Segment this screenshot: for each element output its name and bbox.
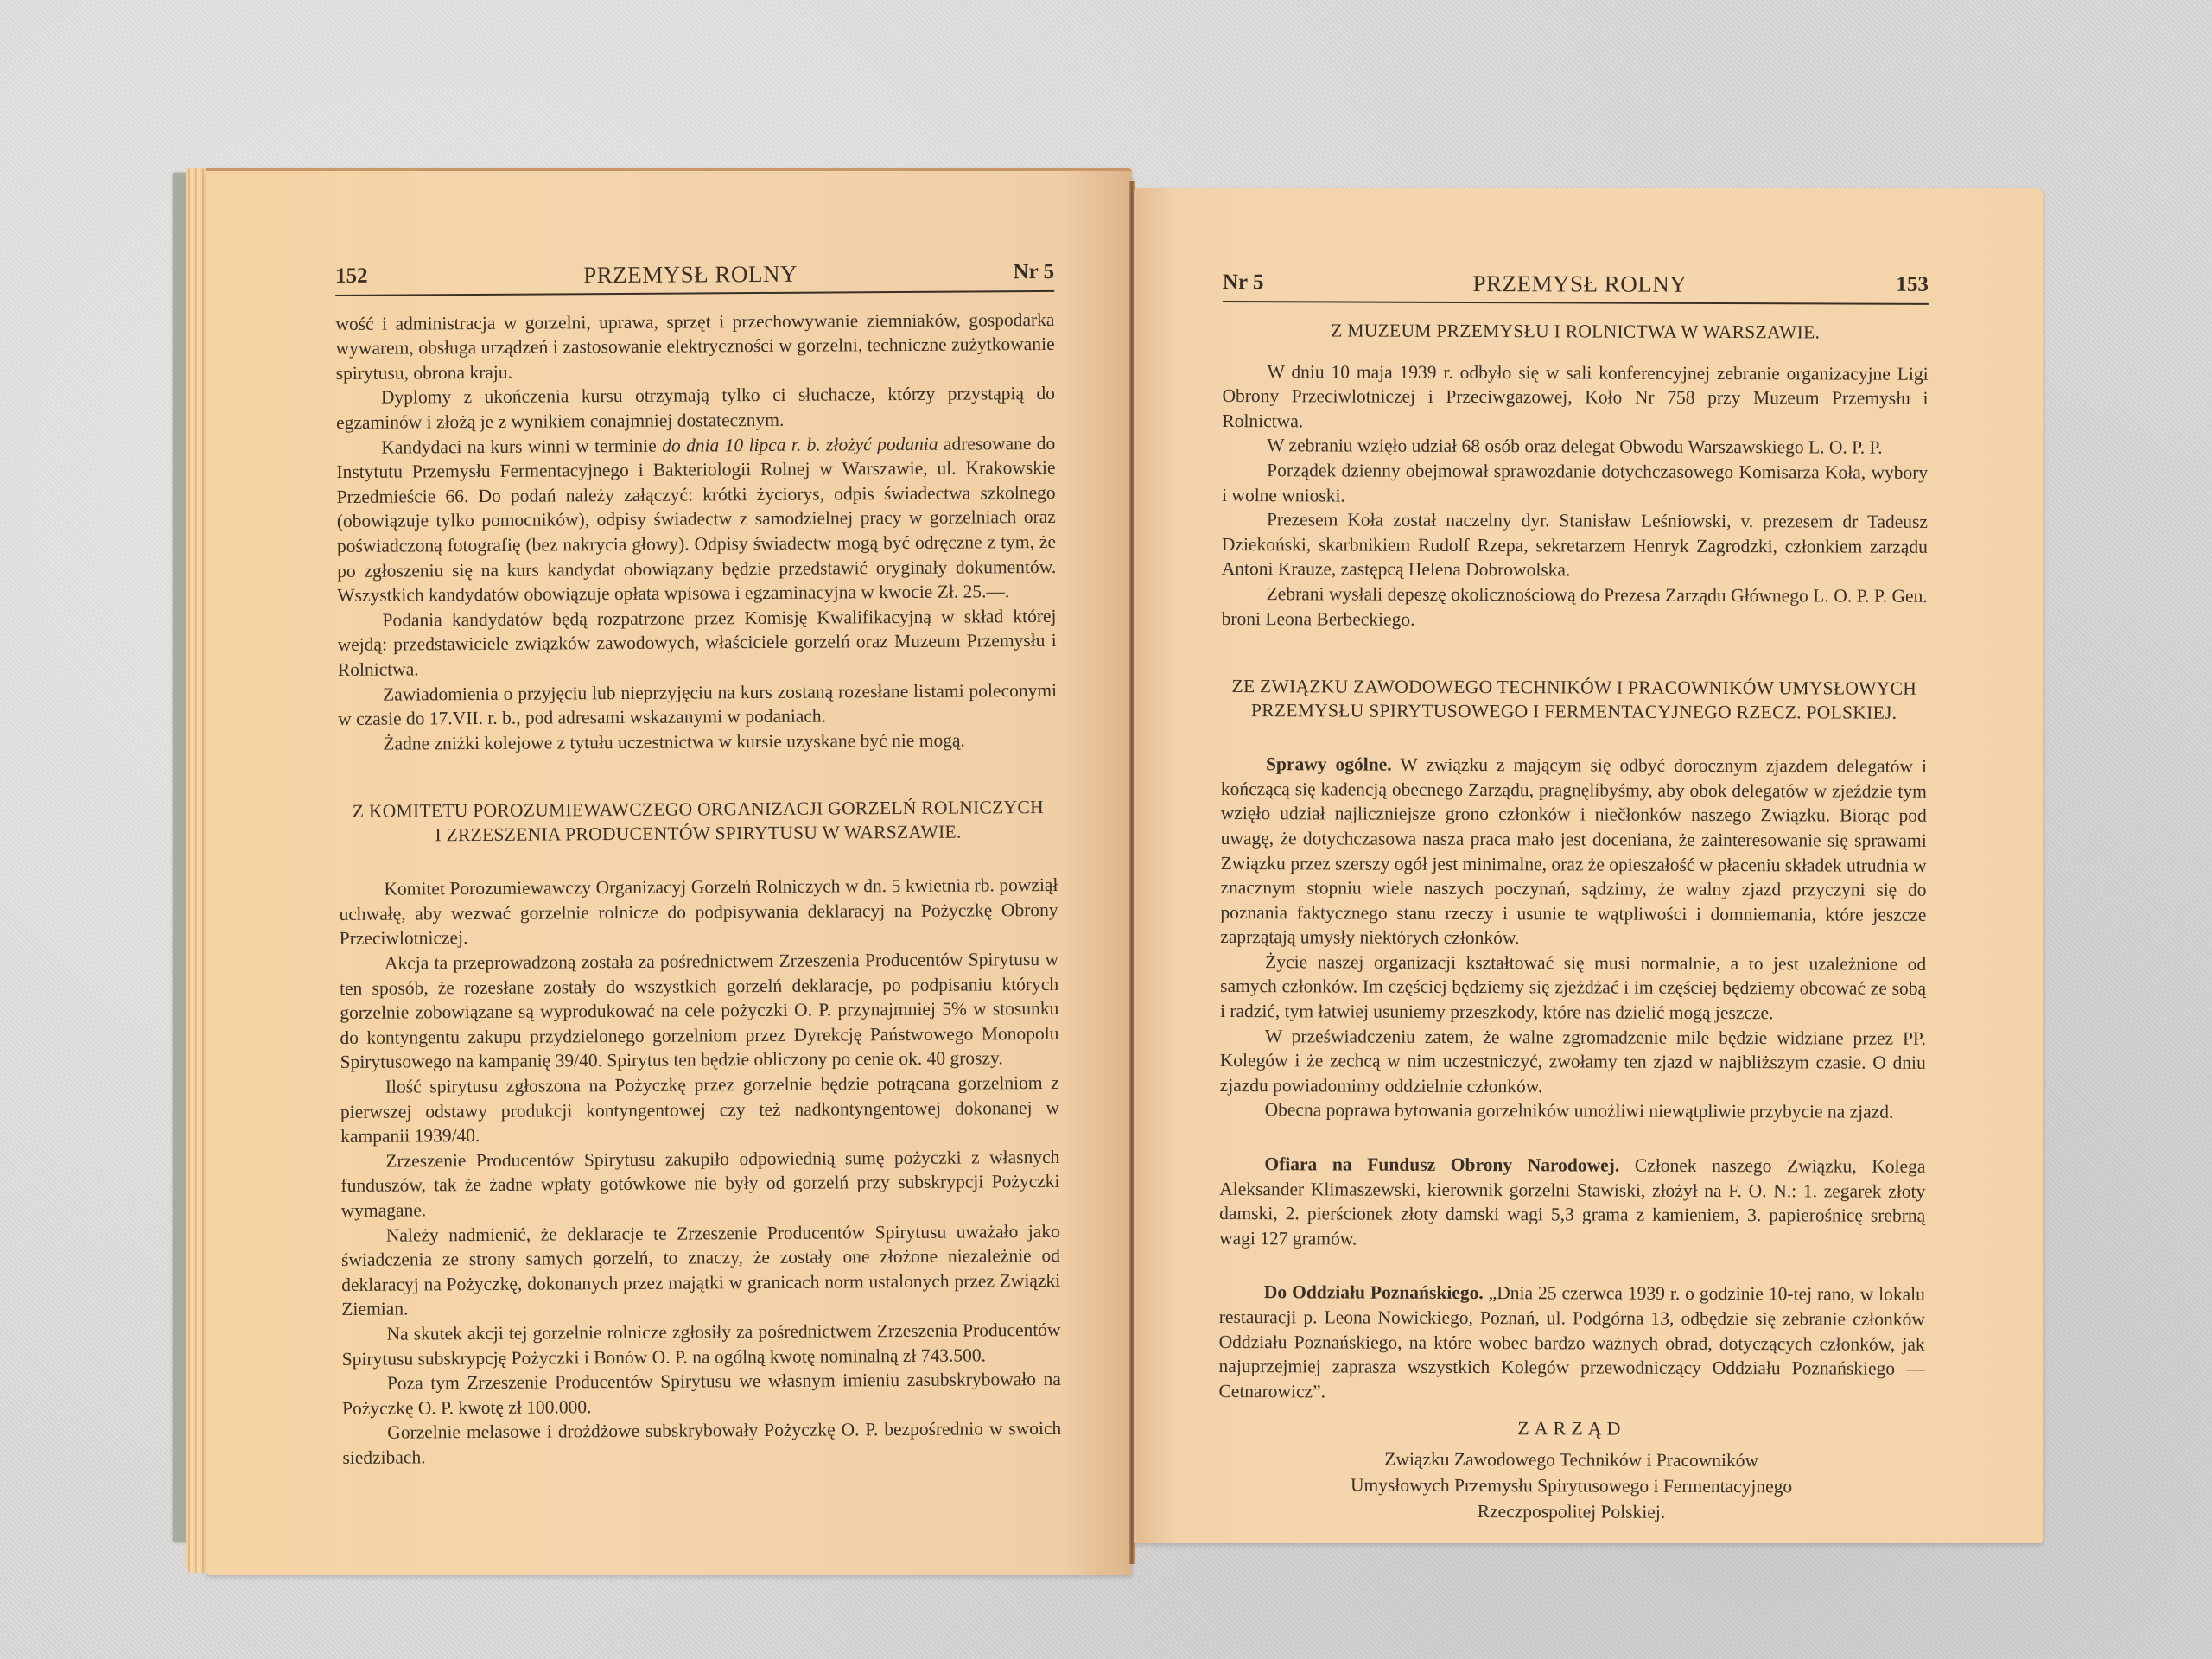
text: W związku z mającym się odbyć dorocznym … [1220, 754, 1927, 949]
journal-title: PRZEMYSŁ ROLNY [1472, 271, 1687, 296]
paragraph: Zebrani wysłali depeszę okolicznościową … [1222, 582, 1928, 633]
issue-number: Nr 5 [1223, 270, 1264, 296]
section-heading-komitet: Z KOMITETU POROZUMIEWAWCZEGO ORGANIZACJI… [339, 795, 1058, 848]
paragraph: Komitet Porozumiewawczy Organizacyj Gorz… [339, 873, 1058, 951]
page-number: 153 [1896, 273, 1929, 298]
paragraph-ofiara: Ofiara na Fundusz Obrony Narodowej. Czło… [1219, 1152, 1925, 1253]
spacer [1219, 1250, 1925, 1282]
paragraph: W dniu 10 maja 1939 r. odbyło się w sali… [1222, 359, 1928, 436]
signature-line: Związku Zawodowego Techników i Pracownik… [1218, 1446, 1924, 1474]
run-in-heading: Do Oddziału Poznańskiego. [1264, 1282, 1484, 1304]
paragraph: Obecna poprawa bytowania gorzelników umo… [1220, 1097, 1926, 1124]
run-in-heading: Ofiara na Fundusz Obrony Narodowej. [1264, 1154, 1619, 1175]
issue-number: Nr 5 [1014, 260, 1055, 285]
emphasis-deadline: do dnia 10 lipca r. b. złożyć podania [662, 433, 938, 455]
paragraph-poznan: Do Oddziału Poznańskiego. „Dnia 25 czerw… [1218, 1280, 1924, 1406]
paragraph: Prezesem Koła został naczelny dyr. Stani… [1222, 507, 1928, 584]
continuation-paragraph: wość i administracja w gorzelni, uprawa,… [335, 308, 1055, 386]
paragraph: Podania kandydatów będą rozpatrzone prze… [337, 604, 1057, 683]
paragraph: Gorzelnie melasowe i drożdżowe subskrybo… [342, 1416, 1061, 1470]
journal-title: PRZEMYSŁ ROLNY [583, 262, 798, 288]
text: adresowane do Instytutu Przemysłu Fermen… [336, 432, 1056, 606]
paragraph: Zrzeszenie Producentów Spirytusu zakupił… [340, 1145, 1060, 1224]
paragraph: Porządek dzienny obejmował sprawozdanie … [1222, 458, 1928, 510]
paragraph: W przeświadczeniu zatem, że walne zgroma… [1220, 1024, 1926, 1101]
paragraph: Akcja ta przeprowadzoną została za pośre… [340, 947, 1059, 1075]
page-number: 152 [335, 264, 368, 289]
signature-block: ZARZĄD Związku Zawodowego Techników i Pr… [1218, 1415, 1924, 1525]
paragraph-sprawy-ogolne: Sprawy ogólne. W związku z mającym się o… [1220, 752, 1927, 952]
signature-line: Umysłowych Przemysłu Spirytusowego i Fer… [1218, 1471, 1924, 1500]
paragraph: Poza tym Zrzeszenie Producentów Spirytus… [342, 1367, 1061, 1421]
run-in-heading: Sprawy ogólne. [1266, 753, 1392, 775]
text: Kandydaci na kurs winni w terminie [381, 435, 662, 457]
section-heading-zwiazek: ZE ZWIĄZKU ZAWODOWEGO TECHNIKÓW I PRACOW… [1221, 674, 1927, 725]
signature-line: Rzeczpospolitej Polskiej. [1218, 1497, 1924, 1526]
spacer [1219, 1122, 1925, 1154]
paragraph: Na skutek akcji tej gorzelnie rolnicze z… [341, 1318, 1060, 1371]
running-header-left: 152 PRZEMYSŁ ROLNY Nr 5 [335, 260, 1054, 296]
paragraph: W zebraniu wzięło udział 68 osób oraz de… [1222, 433, 1928, 460]
signature-board: ZARZĄD [1218, 1415, 1924, 1442]
heading-line: ZE ZWIĄZKU ZAWODOWEGO TECHNIKÓW I PRACOW… [1221, 674, 1927, 701]
paragraph: Dyplomy z ukończenia kursu otrzymają tyl… [336, 381, 1055, 435]
paragraph: Zawiadomienia o przyjęciu lub nieprzyjęc… [338, 677, 1057, 731]
paragraph-deadline: Kandydaci na kurs winni w terminie do dn… [336, 430, 1056, 607]
heading-line: I ZRZESZENIA PRODUCENTÓW SPIRYTUSU W WAR… [339, 819, 1058, 848]
left-page-content: 152 PRZEMYSŁ ROLNY Nr 5 wość i administr… [335, 260, 1062, 1471]
right-page: Nr 5 PRZEMYSŁ ROLNY 153 Z MUZEUM PRZEMYS… [1134, 188, 2043, 1543]
left-page: 152 PRZEMYSŁ ROLNY Nr 5 wość i administr… [206, 168, 1132, 1575]
paragraph: Ilość spirytusu zgłoszona na Pożyczkę pr… [340, 1071, 1060, 1149]
right-page-content: Nr 5 PRZEMYSŁ ROLNY 153 Z MUZEUM PRZEMYS… [1218, 270, 1929, 1526]
heading-line: PRZEMYSŁU SPIRYTUSOWEGO I FERMENTACYJNEG… [1221, 698, 1927, 725]
paragraph: Należy nadmienić, że deklaracje te Zrzes… [341, 1218, 1061, 1321]
paragraph: Żadne zniżki kolejowe z tytułu uczestnic… [338, 728, 1057, 757]
section-heading-muzeum: Z MUZEUM PRZEMYSŁU I ROLNICTWA W WARSZAW… [1223, 318, 1929, 345]
running-header-right: Nr 5 PRZEMYSŁ ROLNY 153 [1223, 270, 1929, 304]
paragraph: Życie naszej organizacji kształtować się… [1220, 950, 1926, 1027]
